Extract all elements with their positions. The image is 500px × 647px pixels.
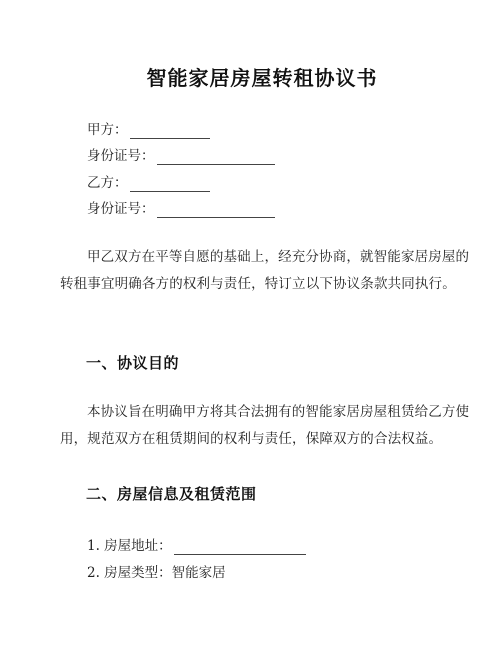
house-type-item: 2. 房屋类型： 智能家居	[87, 564, 226, 582]
party-a-blank[interactable]	[130, 124, 210, 139]
house-address-item: 1. 房屋地址：	[87, 537, 306, 555]
document-page: 智能家居房屋转租协议书 甲方： 身份证号： 乙方： 身份证号： 甲乙双方在平等自…	[0, 0, 500, 647]
party-b-label: 乙方：	[87, 174, 128, 192]
party-a-id-label: 身份证号：	[87, 147, 155, 165]
house-type-value: 智能家居	[172, 564, 226, 582]
intro-paragraph: 甲乙双方在平等自愿的基础上，经充分协商，就智能家居房屋的转租事宜明确各方的权利与…	[60, 244, 480, 297]
section-1-heading: 一、协议目的	[86, 352, 179, 373]
house-address-blank[interactable]	[174, 540, 306, 555]
party-a-field: 甲方：	[87, 121, 210, 139]
party-b-id-label: 身份证号：	[87, 200, 155, 218]
section-1-paragraph: 本协议旨在明确甲方将其合法拥有的智能家居房屋租赁给乙方使用，规范双方在租赁期间的…	[60, 399, 480, 452]
house-type-label: 2. 房屋类型：	[87, 564, 172, 582]
house-address-label: 1. 房屋地址：	[87, 537, 172, 555]
party-b-id-blank[interactable]	[157, 203, 275, 218]
party-b-field: 乙方：	[87, 174, 210, 192]
party-b-blank[interactable]	[130, 177, 210, 192]
document-title: 智能家居房屋转租协议书	[0, 62, 500, 91]
party-b-id-field: 身份证号：	[87, 200, 275, 218]
party-a-id-field: 身份证号：	[87, 147, 275, 165]
party-a-id-blank[interactable]	[157, 150, 275, 165]
party-a-label: 甲方：	[87, 121, 128, 139]
section-2-heading: 二、房屋信息及租赁范围	[86, 483, 257, 504]
